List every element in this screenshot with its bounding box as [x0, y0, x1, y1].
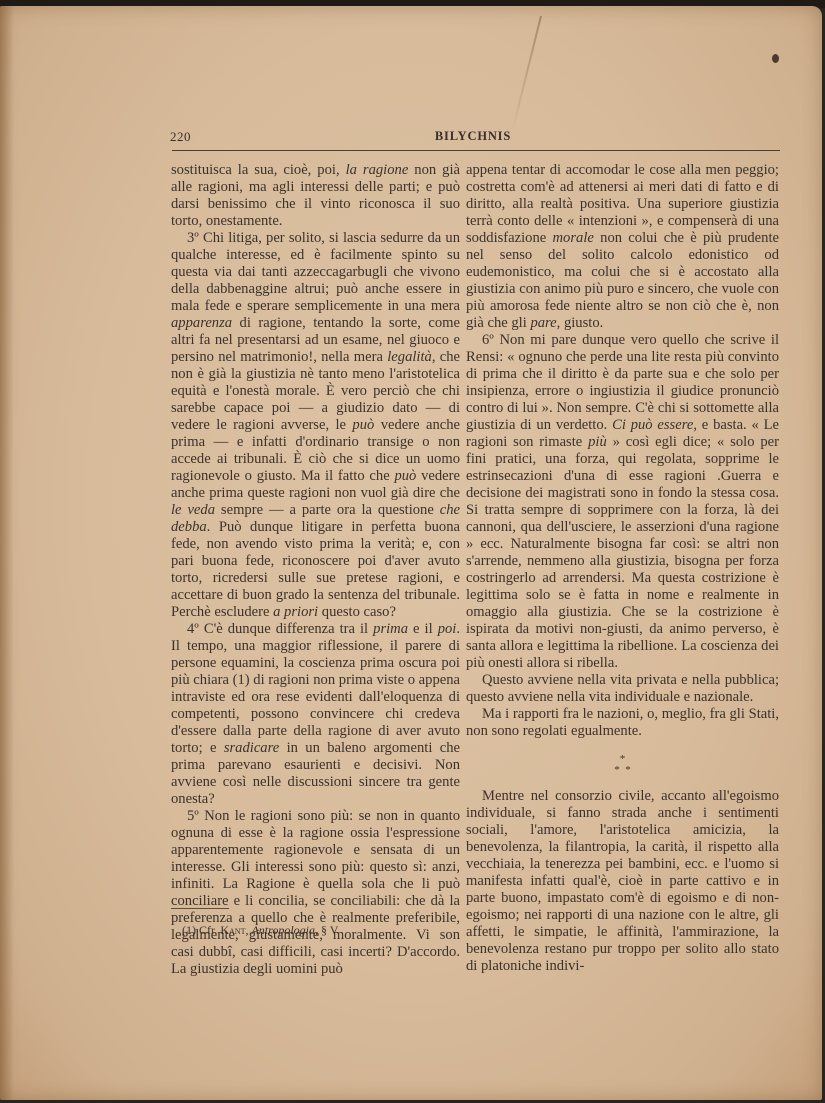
- text-run: questo caso?: [318, 604, 396, 620]
- paper-stain: [772, 54, 779, 63]
- text-run: 3º Chi litiga, per solito, si lascia sed…: [171, 230, 460, 314]
- italic-text: prima: [373, 621, 408, 637]
- italic-text: poi: [438, 621, 457, 637]
- asterism-divider: ** *: [466, 754, 779, 776]
- italic-text: può: [352, 417, 374, 433]
- italic-text: morale: [553, 230, 594, 246]
- italic-text: le veda: [171, 502, 215, 518]
- text-run: » così egli dice; « solo per fini pratic…: [466, 434, 779, 671]
- italic-text: Ci può essere: [612, 417, 693, 433]
- text-run: , giusto.: [557, 315, 604, 331]
- footnote-rule: [171, 908, 229, 909]
- text-run: Mentre nel consorzio civile, accanto all…: [466, 788, 779, 974]
- text-run: 4º C'è dunque differenza tra il: [187, 621, 373, 637]
- footnote-prefix: Cfr.: [199, 923, 217, 937]
- footnote-marker: (1): [182, 923, 196, 937]
- header-rule: [172, 150, 780, 151]
- left-column: sostituisca la sua, cioè, poi, la ragion…: [171, 162, 460, 978]
- text-run: e il: [408, 621, 438, 637]
- italic-text: la ragione: [346, 162, 409, 178]
- paragraph: Mentre nel consorzio civile, accanto all…: [466, 788, 779, 975]
- paragraph: 3º Chi litiga, per solito, si lascia sed…: [171, 230, 460, 621]
- paragraph: 4º C'è dunque differenza tra il prima e …: [171, 621, 460, 808]
- paragraph: Ma i rapporti fra le nazioni, o, meglio,…: [466, 706, 779, 740]
- running-header: 220 BILYCHNIS: [170, 128, 776, 148]
- paragraph: appena tentar di accomodar le cose alla …: [466, 162, 779, 332]
- footnote-author: Kant: [220, 923, 245, 937]
- italic-text: a priori: [273, 604, 318, 620]
- italic-text: pare: [530, 315, 556, 331]
- italic-text: legalità: [387, 349, 432, 365]
- footnote-section: § V.: [321, 923, 340, 937]
- paragraph: sostituisca la sua, cioè, poi, la ragion…: [171, 162, 460, 230]
- text-run: sempre — a parte ora la questione: [215, 502, 440, 518]
- text-run: Questo avviene nella vita privata e nell…: [466, 672, 779, 705]
- right-column: appena tentar di accomodar le cose alla …: [466, 162, 779, 975]
- italic-text: più: [588, 434, 607, 450]
- text-run: Ma i rapporti fra le nazioni, o, meglio,…: [466, 706, 779, 739]
- italic-text: apparenza: [171, 315, 232, 331]
- page-edge-shadow: [0, 6, 14, 1100]
- paper-crease: [511, 16, 542, 133]
- italic-text: può: [394, 468, 416, 484]
- paragraph: 6º Non mi pare dunque vero quello che sc…: [466, 332, 779, 672]
- text-run: 5º Non le ragioni sono più: se non in qu…: [171, 808, 460, 977]
- running-title: BILYCHNIS: [170, 129, 776, 144]
- paragraph: 5º Non le ragioni sono più: se non in qu…: [171, 808, 460, 978]
- footnote-work: Antropologia: [251, 923, 315, 937]
- text-run: sostituisca la sua, cioè, poi,: [171, 162, 346, 178]
- text-run: . Il tempo, una maggior riflessione, il …: [171, 621, 460, 756]
- footnote: (1) Cfr. Kant, Antropologia, § V.: [182, 923, 462, 938]
- paragraph: Questo avviene nella vita privata e nell…: [466, 672, 779, 706]
- italic-text: sradicare: [224, 740, 279, 756]
